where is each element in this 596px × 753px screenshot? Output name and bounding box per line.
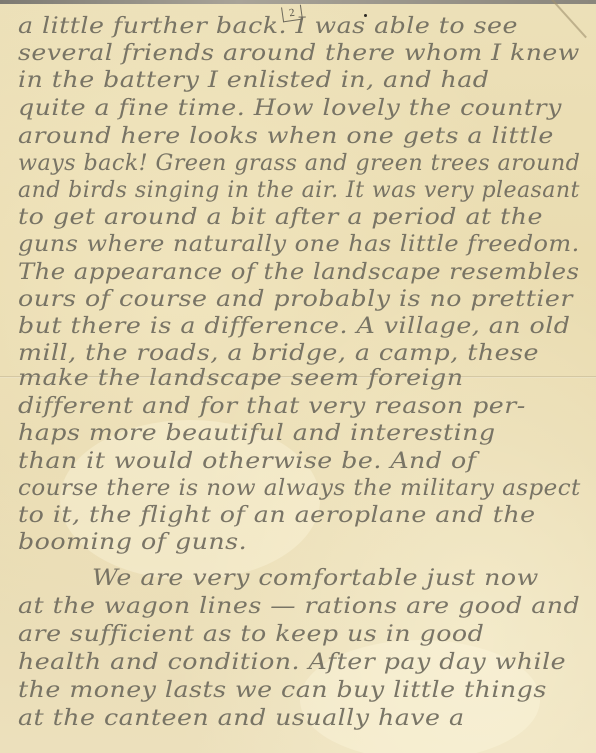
letter-line: several friends around there whom I knew: [18, 41, 580, 66]
letter-line: a little further back. I was able to see: [18, 14, 518, 39]
letter-line: make the landscape seem foreign: [18, 366, 463, 391]
letter-line: ours of course and probably is no pretti…: [18, 287, 573, 312]
letter-line: course there is now always the military …: [18, 476, 581, 501]
letter-line: but there is a difference. A village, an…: [18, 314, 570, 339]
scan-top-edge: [0, 0, 596, 4]
letter-line: around here looks when one gets a little: [18, 124, 554, 149]
letter-line: to get around a bit after a period at th…: [18, 205, 543, 230]
letter-line: at the wagon lines — rations are good an…: [18, 594, 580, 619]
letter-line: are sufficient as to keep us in good: [18, 622, 484, 647]
letter-line: ways back! Green grass and green trees a…: [18, 151, 580, 176]
letter-line: the money lasts we can buy little things: [18, 678, 547, 703]
letter-line: and birds singing in the air. It was ver…: [18, 178, 580, 203]
corner-crease: [545, 0, 587, 38]
letter-line: at the canteen and usually have a: [18, 706, 465, 731]
letter-page: 2 a little further back. I was able to s…: [0, 0, 596, 753]
letter-line: quite a fine time. How lovely the countr…: [18, 96, 562, 121]
letter-line: haps more beautiful and interesting: [18, 421, 496, 446]
letter-line: booming of guns.: [18, 530, 247, 555]
letter-line: health and condition. After pay day whil…: [18, 650, 566, 675]
letter-line: in the battery I enlisted in, and had: [18, 68, 489, 93]
letter-line: than it would otherwise be. And of: [18, 449, 476, 474]
letter-line: We are very comfortable just now: [92, 566, 539, 591]
letter-line: guns where naturally one has little free…: [18, 232, 580, 257]
letter-line: mill, the roads, a bridge, a camp, these: [18, 341, 539, 366]
letter-line: different and for that very reason per-: [18, 394, 526, 419]
letter-line: The appearance of the landscape resemble…: [18, 260, 579, 285]
letter-line: to it, the flight of an aeroplane and th…: [18, 503, 536, 528]
